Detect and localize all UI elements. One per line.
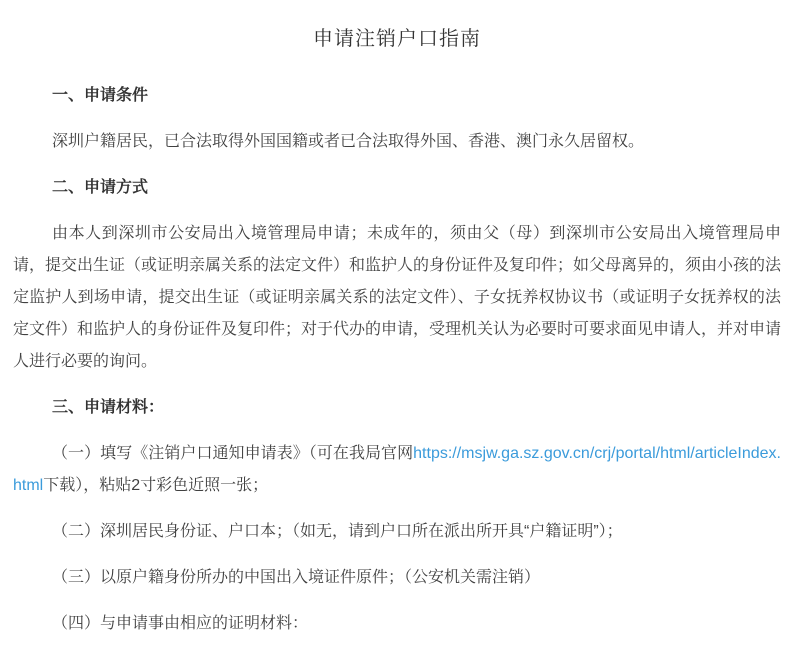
material-item-4: （四）与申请事由相应的证明材料：	[13, 608, 781, 640]
guide-document: 申请注销户口指南 一、申请条件 深圳户籍居民，已合法取得外国国籍或者已合法取得外…	[0, 0, 794, 660]
material-item-1: （一）填写《注销户口通知申请表》（可在我局官网https://msjw.ga.s…	[13, 438, 781, 502]
paragraph-method: 由本人到深圳市公安局出入境管理局申请；未成年的，须由父（母）到深圳市公安局出入境…	[13, 218, 781, 378]
material-item-3: （三）以原户籍身份所办的中国出入境证件原件；（公安机关需注销）	[13, 562, 781, 594]
material-item-2: （二）深圳居民身份证、户口本；（如无，请到户口所在派出所开具“户籍证明”）；	[13, 516, 781, 548]
section-heading-conditions: 一、申请条件	[13, 80, 781, 112]
page-title: 申请注销户口指南	[13, 24, 781, 54]
paragraph-conditions: 深圳户籍居民，已合法取得外国国籍或者已合法取得外国、香港、澳门永久居留权。	[13, 126, 781, 158]
section-heading-materials: 三、申请材料：	[13, 392, 781, 424]
material-item-1-text-pre: （一）填写《注销户口通知申请表》（可在我局官网	[52, 445, 413, 462]
section-heading-method: 二、申请方式	[13, 172, 781, 204]
material-item-1-text-post: 下载），粘贴2寸彩色近照一张；	[43, 477, 268, 494]
